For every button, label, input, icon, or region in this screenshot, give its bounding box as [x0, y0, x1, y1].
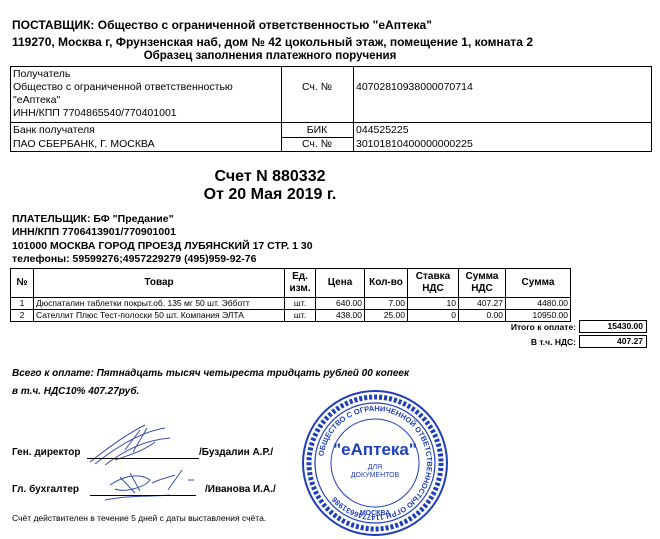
invoice-number: Счет N 880332 — [0, 168, 540, 186]
row-price: 640.00 — [316, 298, 365, 310]
bik-value: 044525225 — [356, 124, 409, 137]
director-label: Ген. директор — [12, 447, 80, 458]
table-header-row: № Товар Ед. изм. Цена Кол-во Ставка НДС … — [11, 269, 571, 298]
recipient-name: Общество с ограниченной ответственностью — [13, 81, 233, 94]
validity-note: Счёт действителен в течение 5 дней с дат… — [12, 513, 266, 523]
row-item: Сателлит Плюс Тест-полоски 50 шт. Компан… — [34, 310, 285, 322]
total-value: 15430.00 — [579, 320, 647, 333]
accountant-signature — [90, 465, 200, 505]
recipient-label: Получатель — [13, 68, 70, 81]
row-vat-rate: 10 — [408, 298, 459, 310]
account-value: 40702810938000070714 — [356, 81, 473, 94]
row-vat-sum: 0.00 — [459, 310, 506, 322]
bik-label: БИК — [281, 124, 353, 137]
row-number: 2 — [11, 310, 34, 322]
payer-phones: телефоны: 59599276;4957229279 (495)959-9… — [12, 253, 256, 265]
row-unit: шт. — [285, 310, 316, 322]
payer-name: ПЛАТЕЛЬЩИК: БФ "Предание" — [12, 213, 174, 225]
row-unit: шт. — [285, 298, 316, 310]
goods-table: № Товар Ед. изм. Цена Кол-во Ставка НДС … — [10, 268, 571, 322]
table-row: 1 Дюспаталин таблетки покрыт.об. 135 мг … — [11, 298, 571, 310]
stamp-city: МОСКВА — [300, 510, 450, 517]
row-price: 438.00 — [316, 310, 365, 322]
col-number: № — [11, 269, 34, 298]
vat-total-label: В т.ч. НДС: — [380, 337, 576, 347]
col-qty: Кол-во — [365, 269, 408, 298]
col-price: Цена — [316, 269, 365, 298]
payer-address: 101000 МОСКВА ГОРОД ПРОЕЗД ЛУБЯНСКИЙ 17 … — [12, 240, 313, 252]
stamp-sub-2: ДОКУМЕНТОВ — [300, 472, 450, 479]
accountant-label: Гл. бухгалтер — [12, 484, 79, 495]
row-sum: 10950.00 — [506, 310, 571, 322]
row-qty: 25.00 — [365, 310, 408, 322]
account-label: Сч. № — [281, 81, 353, 94]
payer-inn: ИНН/КПП 7706413901/770901001 — [12, 226, 176, 238]
row-vat-sum: 407.27 — [459, 298, 506, 310]
vat-in-words: в т.ч. НДС10% 407.27руб. — [12, 386, 139, 397]
company-stamp: ОБЩЕСТВО С ОГРАНИЧЕННОЙ ОТВЕТСТВЕННОСТЬЮ… — [300, 388, 450, 538]
amount-in-words: Всего к оплате: Пятнадцать тысяч четырес… — [12, 368, 409, 379]
accountant-name: /Иванова И.А./ — [205, 484, 276, 495]
svg-text:ОБЩЕСТВО С ОГРАНИЧЕННОЙ ОТВЕТС: ОБЩЕСТВО С ОГРАНИЧЕННОЙ ОТВЕТСТВЕННОСТЬЮ… — [316, 404, 434, 522]
row-vat-rate: 0 — [408, 310, 459, 322]
col-unit: Ед. изм. — [285, 269, 316, 298]
row-number: 1 — [11, 298, 34, 310]
sample-title: Образец заполнения платежного поручения — [0, 50, 540, 62]
stamp-sub-1: ДЛЯ — [300, 464, 450, 471]
supplier-line: ПОСТАВЩИК: Общество с ограниченной ответ… — [12, 18, 432, 32]
vat-total-value: 407.27 — [579, 335, 647, 348]
col-vat-rate: Ставка НДС — [408, 269, 459, 298]
total-label: Итого к оплате: — [380, 322, 576, 332]
corr-account-value: 30101810400000000225 — [356, 138, 473, 151]
row-sum: 4480.00 — [506, 298, 571, 310]
recipient-name-2: "еАптека" — [13, 94, 60, 107]
col-item: Товар — [34, 269, 285, 298]
supplier-address: 119270, Москва г, Фрунзенская наб, дом №… — [12, 35, 533, 49]
director-signature — [85, 420, 175, 470]
bank-details-table: Получатель Общество с ограниченной ответ… — [10, 66, 652, 152]
table-row: 2 Сателлит Плюс Тест-полоски 50 шт. Комп… — [11, 310, 571, 322]
director-name: /Буздалин А.Р./ — [199, 447, 273, 458]
row-item: Дюспаталин таблетки покрыт.об. 135 мг 50… — [34, 298, 285, 310]
col-vat-sum: Сумма НДС — [459, 269, 506, 298]
row-qty: 7.00 — [365, 298, 408, 310]
bank-name: ПАО СБЕРБАНК, Г. МОСКВА — [13, 138, 155, 151]
corr-account-label: Сч. № — [281, 138, 353, 151]
invoice-date: От 20 Мая 2019 г. — [0, 186, 540, 204]
recipient-inn: ИНН/КПП 7704865540/770401001 — [13, 107, 177, 120]
col-sum: Сумма — [506, 269, 571, 298]
stamp-company-name: "еАптека" — [300, 440, 450, 460]
bank-label: Банк получателя — [13, 124, 95, 137]
